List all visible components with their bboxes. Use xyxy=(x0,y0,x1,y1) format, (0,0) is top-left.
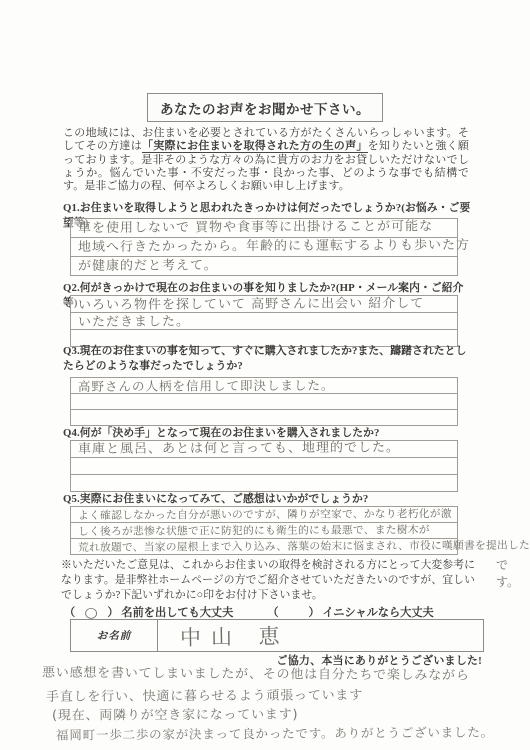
handwritten-answer: 荒れ放題で、当家の屋根上まで入り込み、落葉の始末に悩まされ、市役に嘆願書を提出し… xyxy=(71,538,457,555)
consent-options: （○） 名前を出しても大丈夫（） イニシャルなら大丈夫 xyxy=(64,604,484,620)
handwritten-answer xyxy=(71,393,457,395)
handwritten-answer: が健康的だと考えて。 xyxy=(71,256,457,276)
intro-paragraph: この地域には、お住まいを必要とされている方がたくさんいらっしゃいます。そしてその… xyxy=(63,127,469,193)
handwritten-answer xyxy=(71,457,457,459)
question-label-q4: Q4.何が「決め手」となって現在のお住まいを購入されましたか? xyxy=(63,426,475,441)
handwritten-answer: 地域へ行きたかったから。年齢的にも運転するよりも歩いた方 xyxy=(71,237,457,257)
answer-row xyxy=(71,474,457,491)
name-value-cell: 中山 恵 xyxy=(158,620,483,651)
answer-row: しく後ろが悲惨な状態で正に防犯的にも衛生的にも最悪で、また樹木が xyxy=(71,522,457,538)
question-label-q5: Q5.実際にお住まいになってみて、ご感想はいかがでしょうか? xyxy=(63,492,475,507)
answer-box-q1: 車を使用しないで 買物や食事等に出掛けることが可能な 地域へ行きたかったから。年… xyxy=(70,218,458,276)
intro-highlight: 「実際にお住まいを取得された方の生の声」 xyxy=(142,140,368,153)
handwritten-overflow: です。 xyxy=(496,556,530,590)
handwritten-answer: しく後ろが悲惨な状態で正に防犯的にも衛生的にも最悪で、また樹木が xyxy=(71,522,457,539)
answer-row: よく確認しなかった自分が悪いのですが、隣りが空家で、かなり老朽化が激 xyxy=(71,507,457,522)
form-title: あなたのお声をお聞かせ下さい。 xyxy=(147,93,383,122)
answer-row: 車を使用しないで 買物や食事等に出掛けることが可能な xyxy=(71,219,457,237)
answer-row: 荒れ放題で、当家の屋根上まで入り込み、落葉の始末に悩まされ、市役に嘆願書を提出し… xyxy=(71,538,457,554)
name-field: お名前 中山 恵 xyxy=(70,619,484,652)
consent-paren: （ xyxy=(64,607,75,619)
consent-paren: （ xyxy=(267,607,278,619)
handwritten-name: 中山 恵 xyxy=(180,620,290,652)
handwritten-answer xyxy=(71,329,457,331)
answer-row xyxy=(71,457,457,474)
consent-paren: ） xyxy=(309,607,320,619)
handwritten-answer: 高野さんの人柄を信用して即決しました。 xyxy=(71,377,457,394)
answer-row xyxy=(71,409,457,425)
answer-row: 高野さんの人柄を信用して即決しました。 xyxy=(71,378,457,393)
question-label-q3: Q3.現在のお住まいの事を知って、すぐに購入されましたか?また、躊躇されたとした… xyxy=(63,344,475,374)
postscript-line: 悪い感想を書いてしまいましたが、その他は自分たちで楽しみながら xyxy=(42,662,470,684)
handwritten-answer xyxy=(71,474,457,476)
name-label: お名前 xyxy=(71,620,158,651)
survey-sheet: あなたのお声をお聞かせ下さい。 この地域には、お住まいを必要とされている方がたく… xyxy=(0,0,530,750)
answer-box-q4: 車庫と風呂、あとは何と言っても、地理的でした。 xyxy=(70,440,458,492)
postscript-line: 手直しを行い、快適に暮らせるよう頑張っています xyxy=(46,684,363,705)
answer-row: 地域へ行きたかったから。年齢的にも運転するよりも歩いた方 xyxy=(71,237,457,256)
answer-row xyxy=(71,393,457,409)
answer-row: が健康的だと考えて。 xyxy=(71,256,457,275)
postscript-line: (現在、両隣りが空き家になっています) xyxy=(52,704,298,724)
answer-row: いろいろ物件を探していて 高野さんに出会い 紹介して xyxy=(71,296,457,312)
handwritten-answer: 車庫と風呂、あとは何と言っても、地理的でした。 xyxy=(71,440,457,458)
consent-option-initial-ok: イニシャルなら大丈夫 xyxy=(323,607,434,619)
privacy-note: ※いただいたご意見は、これからお住まいの取得を検討される方にとって大変参考になり… xyxy=(61,558,475,603)
consent-option-name-ok: 名前を出しても大丈夫 xyxy=(121,607,233,619)
answer-row: いただきました。 xyxy=(71,312,457,329)
answer-row: 車庫と風呂、あとは何と言っても、地理的でした。 xyxy=(71,441,457,457)
postscript-line: 福岡町一歩二歩の家が決まって良かったです。ありがとうございました。 xyxy=(56,722,494,743)
answer-box-q5: よく確認しなかった自分が悪いのですが、隣りが空家で、かなり老朽化が激 しく後ろが… xyxy=(70,506,458,555)
handwritten-answer: 車を使用しないで 買物や食事等に出掛けることが可能な xyxy=(71,218,457,238)
consent-paren: ） xyxy=(107,607,118,619)
handwritten-answer xyxy=(71,409,457,411)
handwritten-answer: よく確認しなかった自分が悪いのですが、隣りが空家で、かなり老朽化が激 xyxy=(71,506,457,523)
answer-box-q2: いろいろ物件を探していて 高野さんに出会い 紹介して いただきました。 xyxy=(70,295,458,347)
answer-box-q3: 高野さんの人柄を信用して即決しました。 xyxy=(70,377,458,426)
